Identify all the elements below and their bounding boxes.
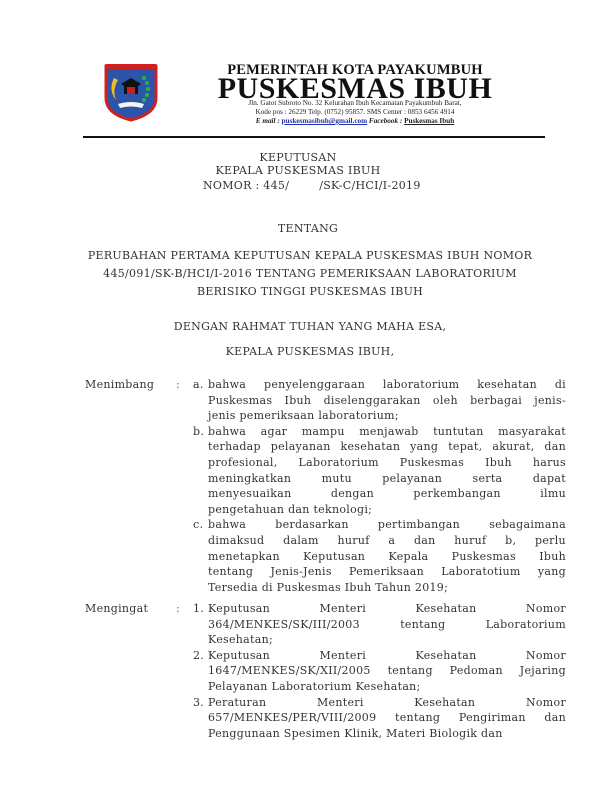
- clause-line: dimaksuddalamhurufadanhurufb,perlu: [208, 534, 566, 547]
- facebook-link[interactable]: Puskesmas Ibuh: [404, 117, 454, 125]
- invocation: DENGAN RAHMAT TUHAN YANG MAHA ESA,: [10, 320, 600, 333]
- letterhead-divider: [83, 136, 545, 138]
- issuer: KEPALA PUSKESMAS IBUH: [0, 164, 598, 177]
- clause-line: 364/MENKES/SK/III/2003tentangLaboratoriu…: [208, 618, 566, 631]
- doc-number-suffix: /SK-C/HCI/I-2019: [319, 179, 420, 192]
- facebook-label: Facebook :: [369, 117, 402, 125]
- email-facebook-line: E mail : puskesmasibuh@gmail.com Faceboo…: [190, 117, 520, 126]
- clause-line: Kesehatan;: [208, 633, 566, 646]
- clause-marker: 2.: [193, 649, 204, 662]
- clause-marker: 1.: [193, 602, 204, 615]
- email-label: E mail :: [256, 117, 280, 125]
- clause-marker: c.: [193, 518, 203, 531]
- clause-line: bahwapenyelenggaraanlaboratoriumkesehata…: [208, 378, 566, 391]
- mengingat-colon: :: [176, 602, 180, 615]
- clause-line: PuskesmasIbuhdiselenggarakanolehberbagai…: [208, 394, 566, 407]
- clause-line: profesional,LaboratoriumPuskesmasIbuhhar…: [208, 456, 566, 469]
- letterhead-contact: Jln. Gatot Subroto No. 32 Kelurahan Ibuh…: [190, 99, 520, 126]
- clause-line: bahwaagarmampumenjawabtuntutanmasyarakat: [208, 425, 566, 438]
- clause-line: Penggunaan Spesimen Klinik, Materi Biolo…: [208, 727, 566, 740]
- doc-type: KEPUTUSAN: [0, 151, 598, 164]
- clause-line: jenis pemeriksaan laboratorium;: [208, 409, 566, 422]
- city-emblem-shield-icon: [100, 60, 162, 122]
- doc-number-prefix: NOMOR : 445/: [203, 179, 289, 192]
- doc-number: NOMOR : 445//SK-C/HCI/I-2019: [203, 179, 421, 192]
- clause-marker: a.: [193, 378, 204, 391]
- menimbang-label: Menimbang: [85, 378, 154, 391]
- menimbang-colon: :: [176, 378, 180, 391]
- clause-line: 1647/MENKES/SK/XII/2005tentangPedomanJej…: [208, 664, 566, 677]
- clause-line: KeputusanMenteriKesehatanNomor: [208, 602, 566, 615]
- clause-line: pengetahuan dan teknologi;: [208, 503, 566, 516]
- clause-line: terhadappelayanankesehatanyangtepat,akur…: [208, 440, 566, 453]
- clause-line: 657/MENKES/PER/VIII/2009tentangPengirima…: [208, 711, 566, 724]
- mengingat-label: Mengingat: [85, 602, 148, 615]
- email-link[interactable]: puskesmasibuh@gmail.com: [282, 117, 368, 125]
- clause-line: bahwaberdasarkanpertimbangansebagaimana: [208, 518, 566, 531]
- clause-line: menyesuaikandenganperkembanganilmu: [208, 487, 566, 500]
- subject-line: BERISIKO TINGGI PUSKESMAS IBUH: [10, 285, 600, 298]
- clause-line: KeputusanMenteriKesehatanNomor: [208, 649, 566, 662]
- clause-line: Tersedia di Puskesmas Ibuh Tahun 2019;: [208, 581, 566, 594]
- clause-line: menetapkanKeputusanKepalaPuskesmasIbuh: [208, 550, 566, 563]
- authority: KEPALA PUSKESMAS IBUH,: [10, 345, 600, 358]
- clause-marker: 3.: [193, 696, 204, 709]
- clause-line: meningkatkanmutupelayanansertadapat: [208, 472, 566, 485]
- address-line: Jln. Gatot Subroto No. 32 Kelurahan Ibuh…: [190, 99, 520, 108]
- clause-line: tentangJenis-JenisPemeriksaanLaboratotiu…: [208, 565, 566, 578]
- clause-line: PeraturanMenteriKesehatanNomor: [208, 696, 566, 709]
- postal-phone-line: Kode pos : 26229 Telp. (0752) 95857. SMS…: [190, 108, 520, 117]
- subject-line: 445/091/SK-B/HCI/I-2016 TENTANG PEMERIKS…: [10, 267, 600, 280]
- subject-line: PERUBAHAN PERTAMA KEPUTUSAN KEPALA PUSKE…: [10, 249, 600, 262]
- clause-marker: b.: [193, 425, 204, 438]
- clause-line: Pelayanan Laboratorium Kesehatan;: [208, 680, 566, 693]
- tentang-heading: TENTANG: [8, 222, 600, 235]
